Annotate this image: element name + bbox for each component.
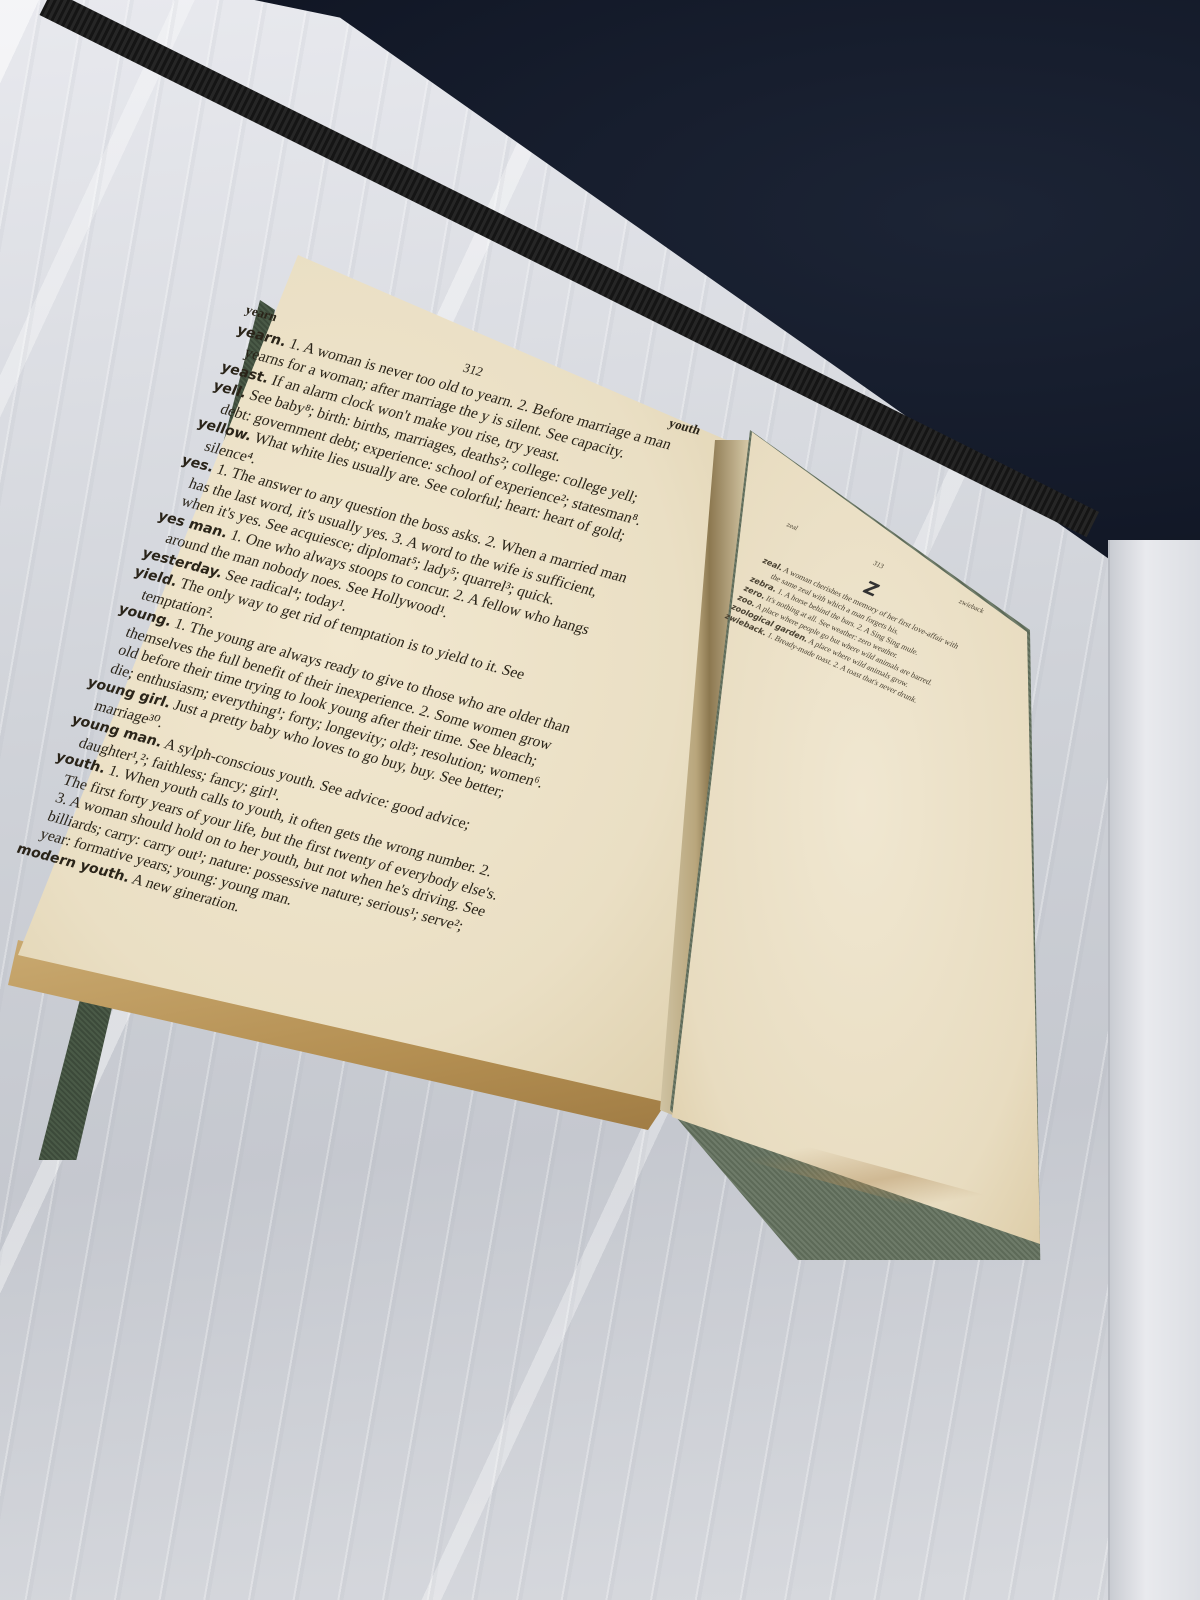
case-side-lip — [1108, 540, 1200, 1600]
page-number: 312 — [460, 358, 487, 381]
